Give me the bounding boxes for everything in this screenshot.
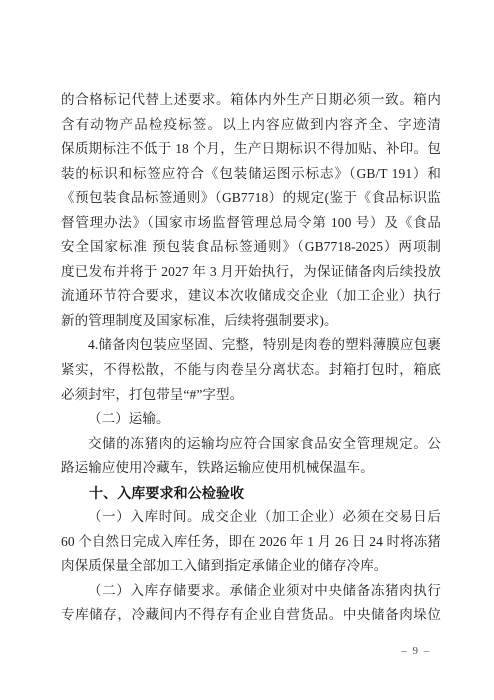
text-line: 新的管理制度及国家标准，后续将强制要求)。 (61, 309, 441, 334)
text-line: 督管理办法》（国家市场监督管理总局令第 100 号）及《食品 (61, 211, 441, 236)
text-block: 的合格标记代替上述要求。箱体内外生产日期必须一致。箱内 含有动物产品检疫标签。以… (61, 88, 441, 628)
text-line: 《预包装食品标签通则》（GB7718）的规定(鉴于《食品标识监 (61, 186, 441, 211)
text-line: 路运输应使用冷藏车，铁路运输应使用机械保温车。 (61, 456, 441, 481)
text-line: （一）入库时间。成交企业（加工企业）必须在交易日后 (61, 505, 441, 530)
text-line: 60 个自然日完成入库任务，即在 2026 年 1 月 26 日 24 时将冻猪 (61, 530, 441, 555)
text-line: 保质期标注不低于 18 个月，生产日期标识不得加贴、补印。包 (61, 137, 441, 162)
section-heading: 十、入库要求和公检验收 (61, 481, 441, 506)
text-line: （二）运输。 (61, 407, 441, 432)
text-line: 度已发布并将于 2027 年 3 月开始执行，为保证储备肉后续投放 (61, 260, 441, 285)
text-line: 肉保质保量全部加工入储到指定承储企业的储存冷库。 (61, 554, 441, 579)
text-line: 4.储备肉包装应坚固、完整，特别是肉卷的塑料薄膜应包裹 (61, 333, 441, 358)
text-line: 的合格标记代替上述要求。箱体内外生产日期必须一致。箱内 (61, 88, 441, 113)
text-line: 必须封牢，打包带呈“#”字型。 (61, 383, 441, 408)
text-line: 含有动物产品检疫标签。以上内容应做到内容齐全、字迹清晰。 (61, 113, 441, 138)
text-line: （二）入库存储要求。承储企业须对中央储备冻猪肉执行 (61, 579, 441, 604)
text-line: 专库储存，冷藏间内不得存有企业自营货品。中央储备肉垛位 (61, 603, 441, 628)
text-line: 安全国家标准 预包装食品标签通则》（GB7718-2025）两项制 (61, 235, 441, 260)
text-line: 装的标识和标签应符合《包装储运图示标志》（GB/T 191）和 (61, 162, 441, 187)
page-number: – 9 – (394, 645, 438, 657)
text-line: 交储的冻猪肉的运输均应符合国家食品安全管理规定。公 (61, 432, 441, 457)
document-page: 的合格标记代替上述要求。箱体内外生产日期必须一致。箱内 含有动物产品检疫标签。以… (0, 0, 494, 700)
text-line: 紧实，不得松散，不能与肉卷呈分离状态。封箱打包时，箱底 (61, 358, 441, 383)
text-line: 流通环节符合要求，建议本次收储成交企业（加工企业）执行 (61, 284, 441, 309)
